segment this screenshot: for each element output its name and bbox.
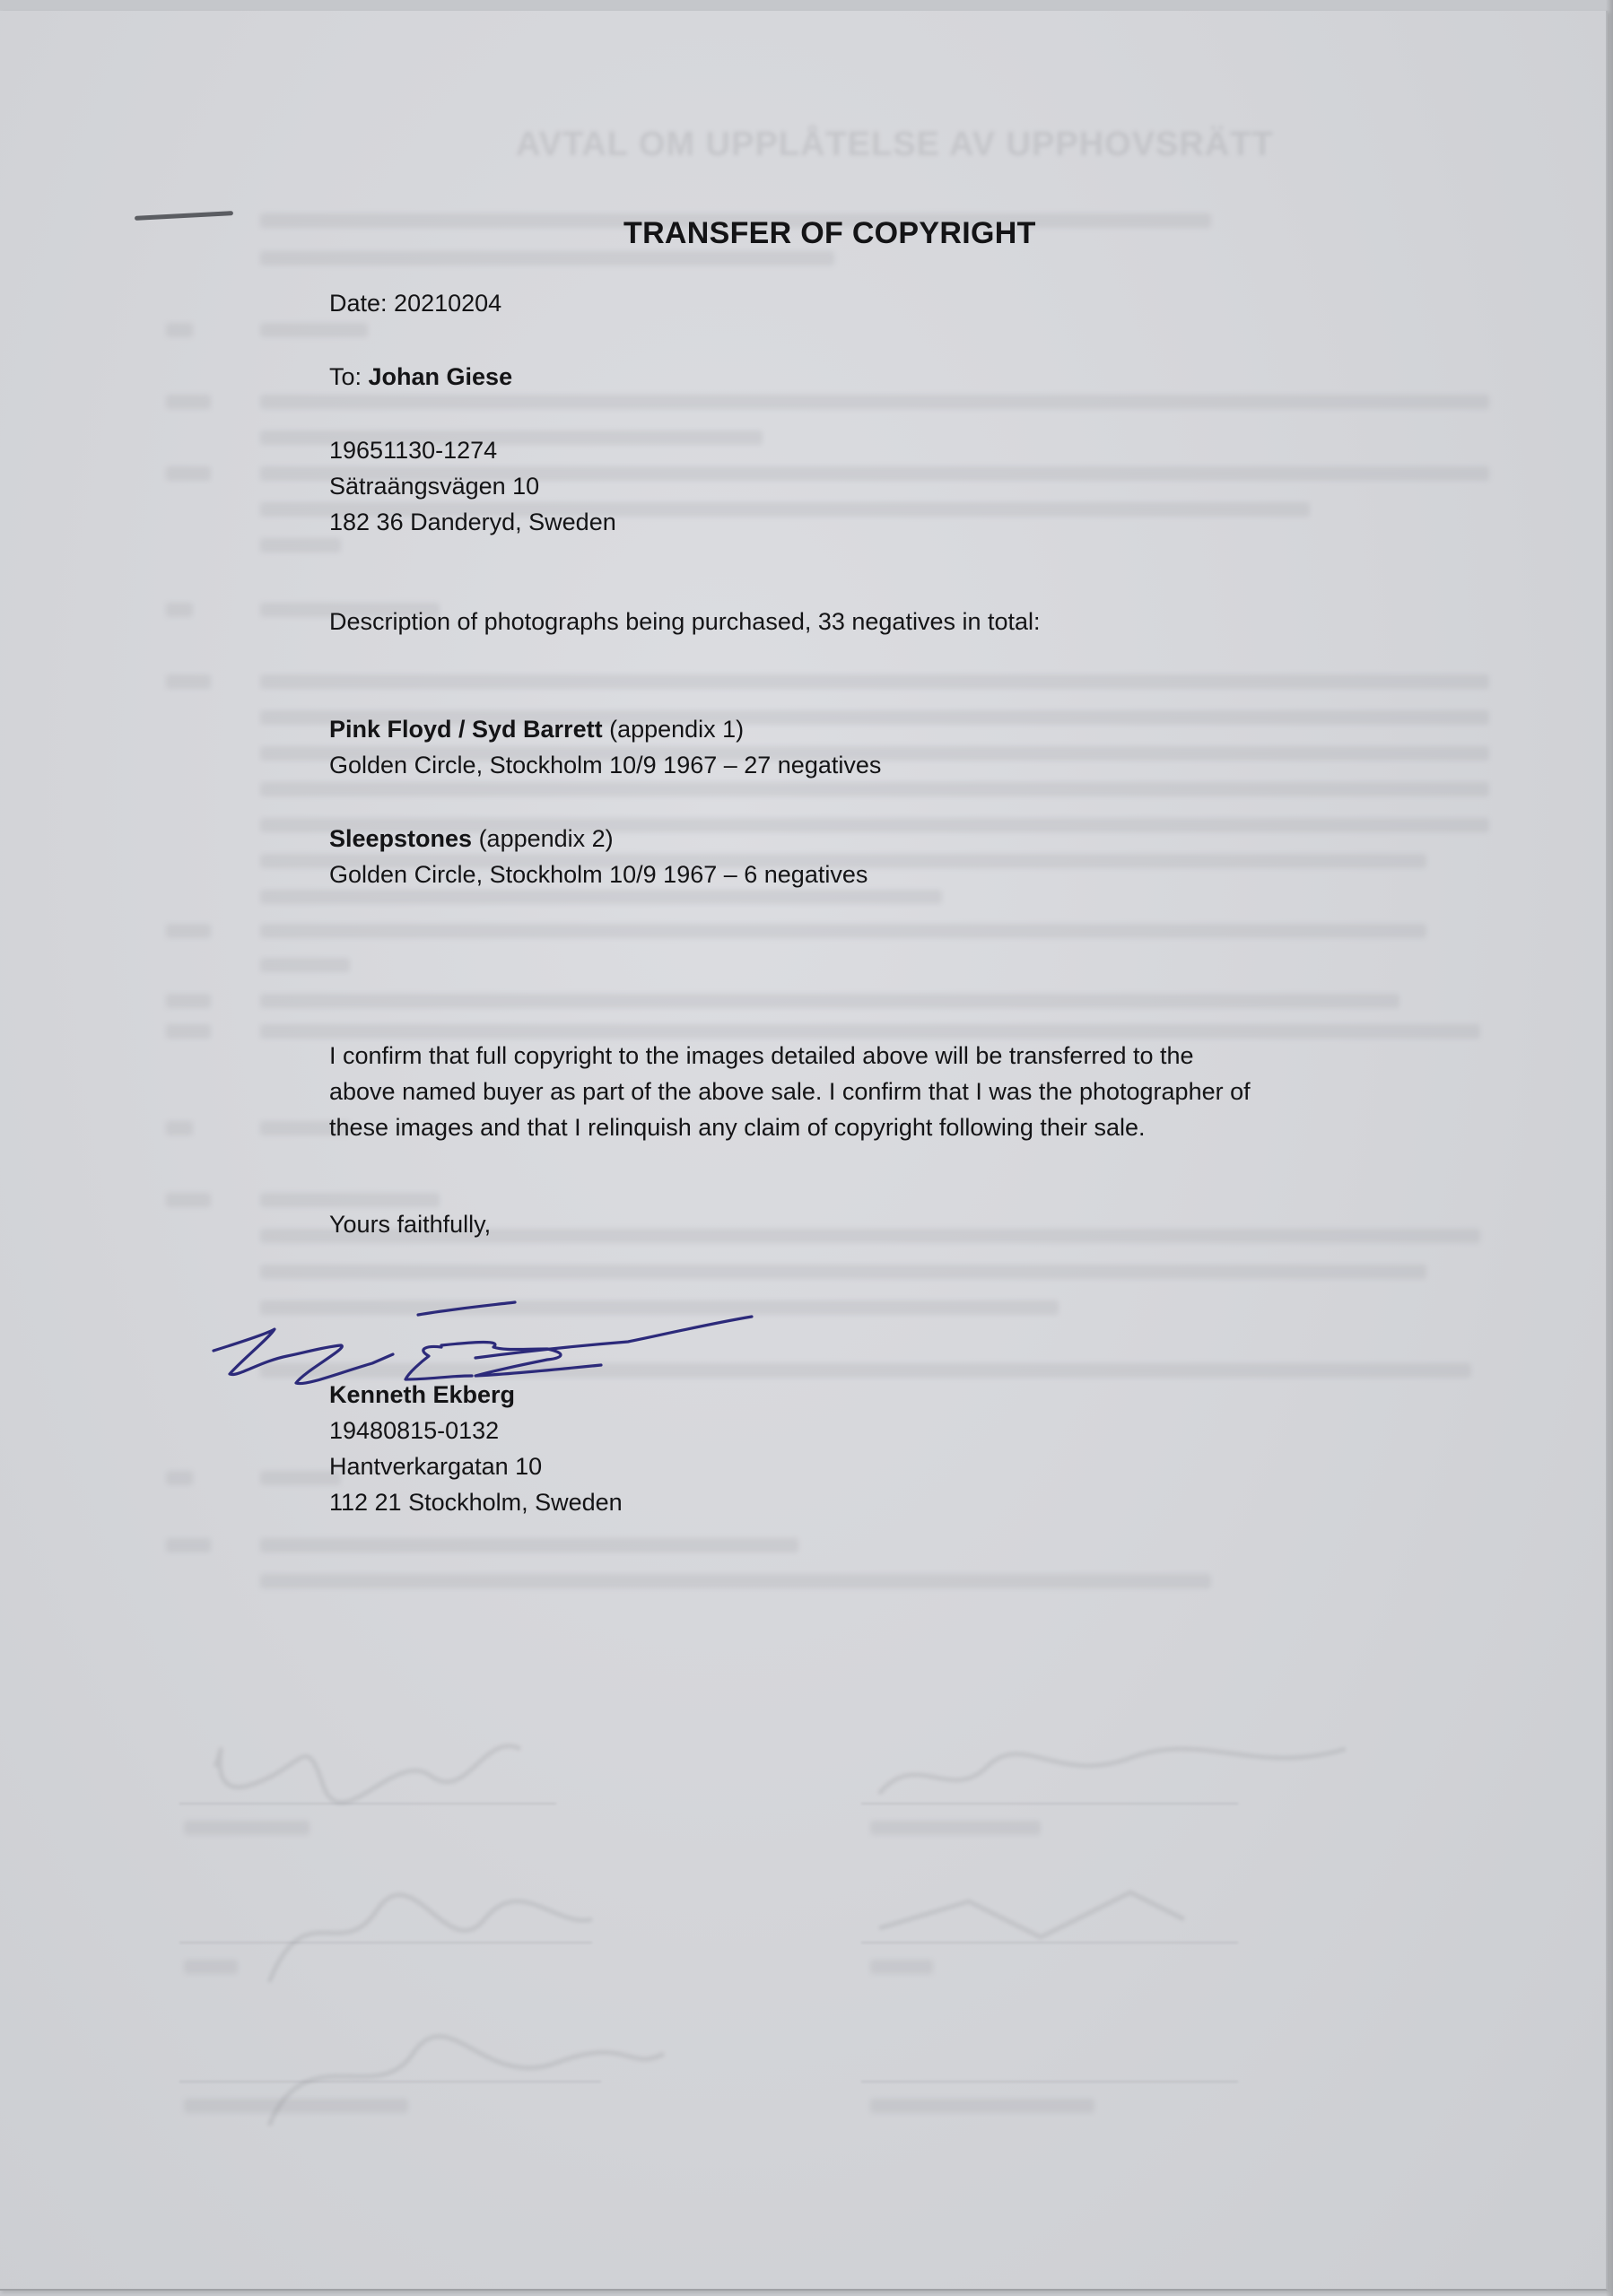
to-label: To: [329, 363, 369, 390]
seller-id-number: 19480815-0132 [329, 1413, 623, 1448]
closing-salutation: Yours faithfully, [329, 1206, 491, 1242]
paper-edge-shadow [1606, 0, 1613, 2296]
buyer-address: 19651130-1274 Sätraängsvägen 10 182 36 D… [329, 432, 616, 540]
date-line: Date: 20210204 [329, 285, 501, 321]
item-appendix: (appendix 2) [472, 825, 614, 852]
seller-details: Kenneth Ekberg 19480815-0132 Hantverkarg… [329, 1377, 623, 1520]
item-appendix: (appendix 1) [603, 716, 745, 743]
seller-street: Hantverkargatan 10 [329, 1448, 623, 1484]
item-details: Golden Circle, Stockholm 10/9 1967 – 27 … [329, 747, 881, 783]
item-artist: Sleepstones [329, 825, 472, 852]
transfer-of-copyright-document: TRANSFER OF COPYRIGHT Date: 20210204 To:… [0, 0, 1613, 2296]
buyer-street: Sätraängsvägen 10 [329, 468, 616, 504]
item-details: Golden Circle, Stockholm 10/9 1967 – 6 n… [329, 857, 868, 892]
confirmation-paragraph: I confirm that full copyright to the ima… [329, 1038, 1370, 1145]
seller-name: Kenneth Ekberg [329, 1377, 623, 1413]
buyer-name: Johan Giese [369, 363, 513, 390]
buyer-id-number: 19651130-1274 [329, 432, 616, 468]
confirmation-line: above named buyer as part of the above s… [329, 1074, 1370, 1109]
recipient-line: To: Johan Giese [329, 359, 512, 395]
document-title: TRANSFER OF COPYRIGHT [623, 215, 1036, 251]
document-photo: AVTAL OM UPPLÅTELSE AV UPPHOVSRÄTT [0, 0, 1613, 2296]
date-label: Date: [329, 290, 394, 317]
item-artist: Pink Floyd / Syd Barrett [329, 716, 603, 743]
seller-city: 112 21 Stockholm, Sweden [329, 1484, 623, 1520]
photo-item: Sleepstones (appendix 2) Golden Circle, … [329, 821, 868, 892]
buyer-city: 182 36 Danderyd, Sweden [329, 504, 616, 540]
photo-item: Pink Floyd / Syd Barrett (appendix 1) Go… [329, 711, 881, 783]
purchase-description: Description of photographs being purchas… [329, 604, 1041, 639]
confirmation-line: I confirm that full copyright to the ima… [329, 1038, 1370, 1074]
confirmation-line: these images and that I relinquish any c… [329, 1109, 1370, 1145]
date-value: 20210204 [394, 290, 501, 317]
